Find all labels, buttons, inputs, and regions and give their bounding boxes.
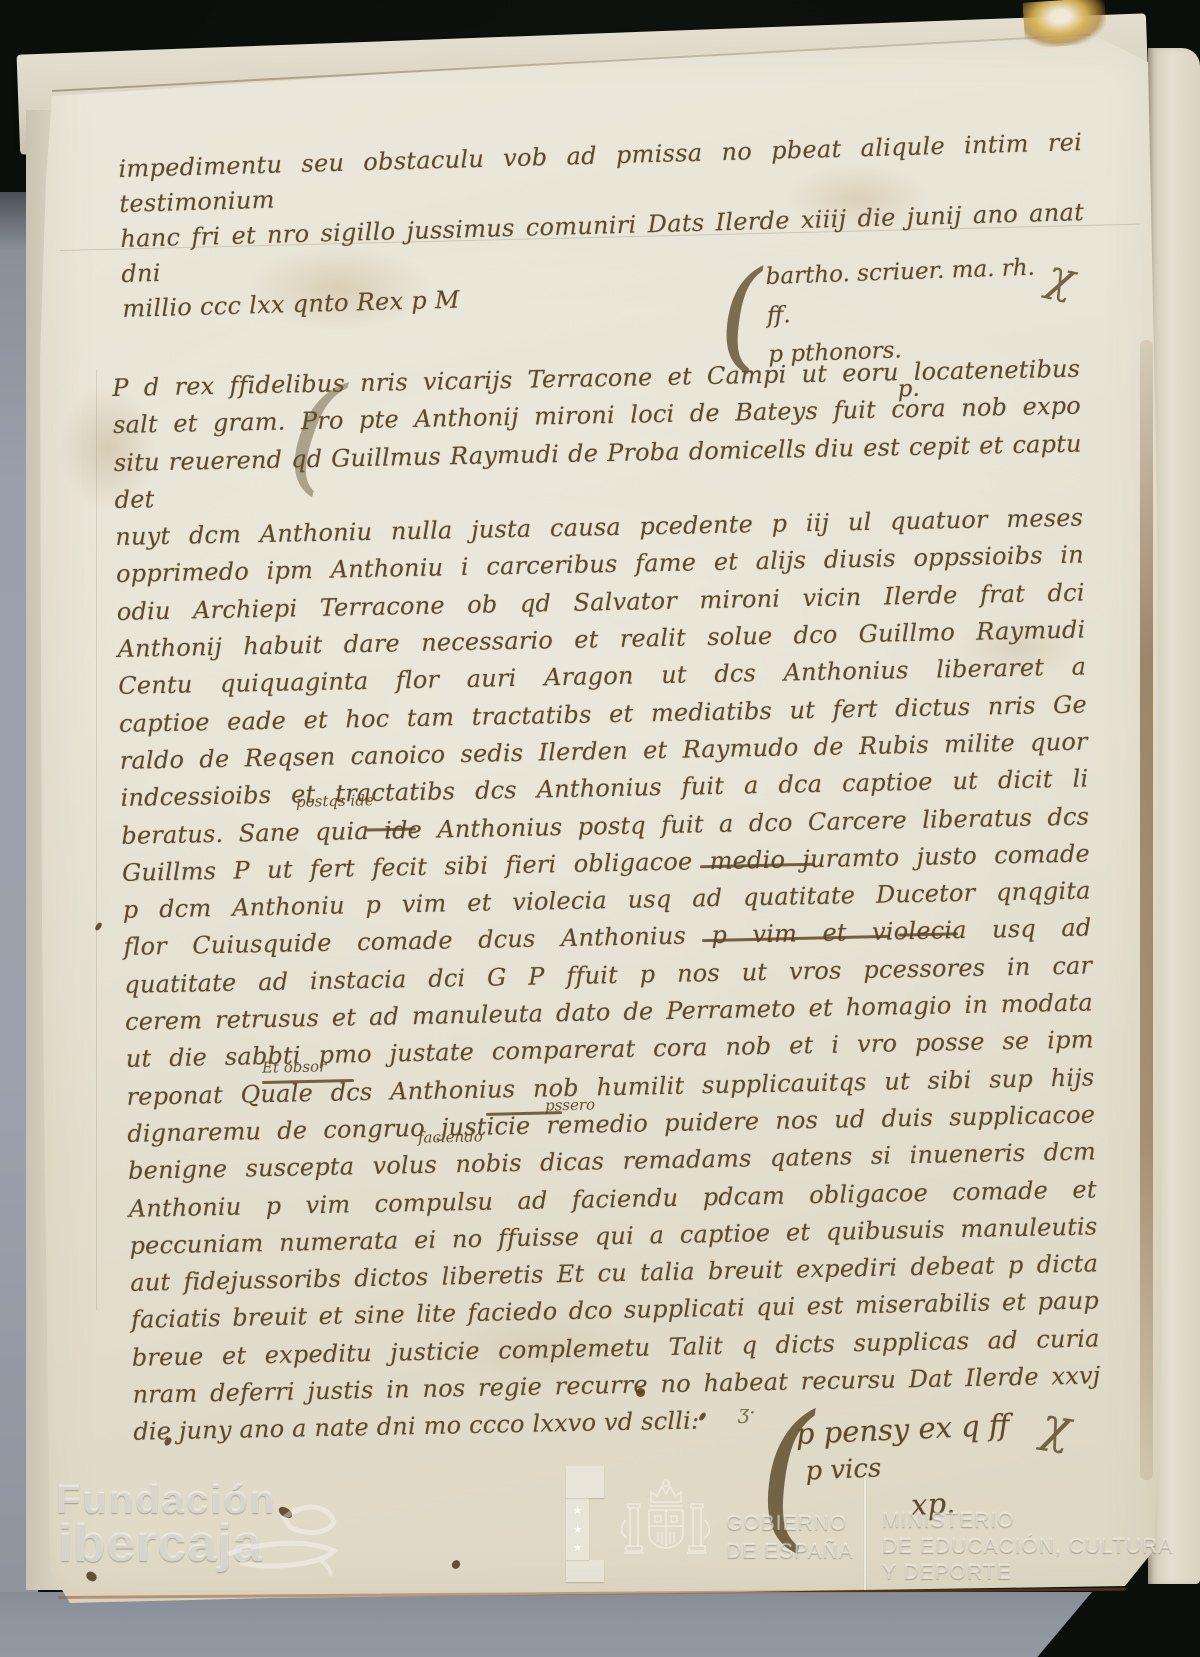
binding-crease: [1140, 340, 1153, 1480]
page-tear-damage: [1022, 0, 1107, 49]
manuscript-line: bartho. scriuer. ma. rh. ff.: [765, 248, 1058, 336]
ministerio-line3: Y DEPORTE: [882, 1560, 1173, 1586]
notary-bracket-flourish: (: [714, 245, 767, 385]
body-paragraph: P d rex ffidelibus nris vicarijs Terraco…: [112, 351, 1102, 1452]
ministerio-watermark: MINISTERIO DE EDUCACIÓN, CULTURA Y DEPOR…: [882, 1508, 1173, 1586]
gobierno-line2: DE ESPAÑA: [726, 1538, 854, 1566]
banner-segment: [566, 1560, 604, 1582]
vertical-fold-line: [96, 370, 97, 1310]
star-icon: ★: [573, 1505, 583, 1516]
star-icon: ★: [573, 1524, 583, 1535]
ministerio-line1: MINISTERIO: [882, 1508, 1173, 1534]
ibercaja-bird-icon: [222, 1496, 352, 1581]
spain-coat-of-arms-icon: [618, 1476, 713, 1578]
watermark-divider-line: [864, 1476, 866, 1590]
mat-board-bottom: [0, 1592, 1092, 1657]
gobierno-watermark: GOBIERNO DE ESPAÑA: [726, 1510, 854, 1566]
gobierno-line1: GOBIERNO: [726, 1510, 854, 1538]
manuscript-photo: impedimentu seu obstaculu vob ad pmissa …: [0, 0, 1200, 1657]
banner-segment: ★ ★ ★: [566, 1498, 589, 1560]
banner-segment: [566, 1466, 604, 1498]
ministerio-line2: DE EDUCACIÓN, CULTURA: [882, 1534, 1173, 1560]
signature-small-mark: ʒ·: [738, 1400, 756, 1424]
star-icon: ★: [573, 1542, 583, 1553]
eu-stars-banner-icon: ★ ★ ★: [566, 1466, 604, 1582]
